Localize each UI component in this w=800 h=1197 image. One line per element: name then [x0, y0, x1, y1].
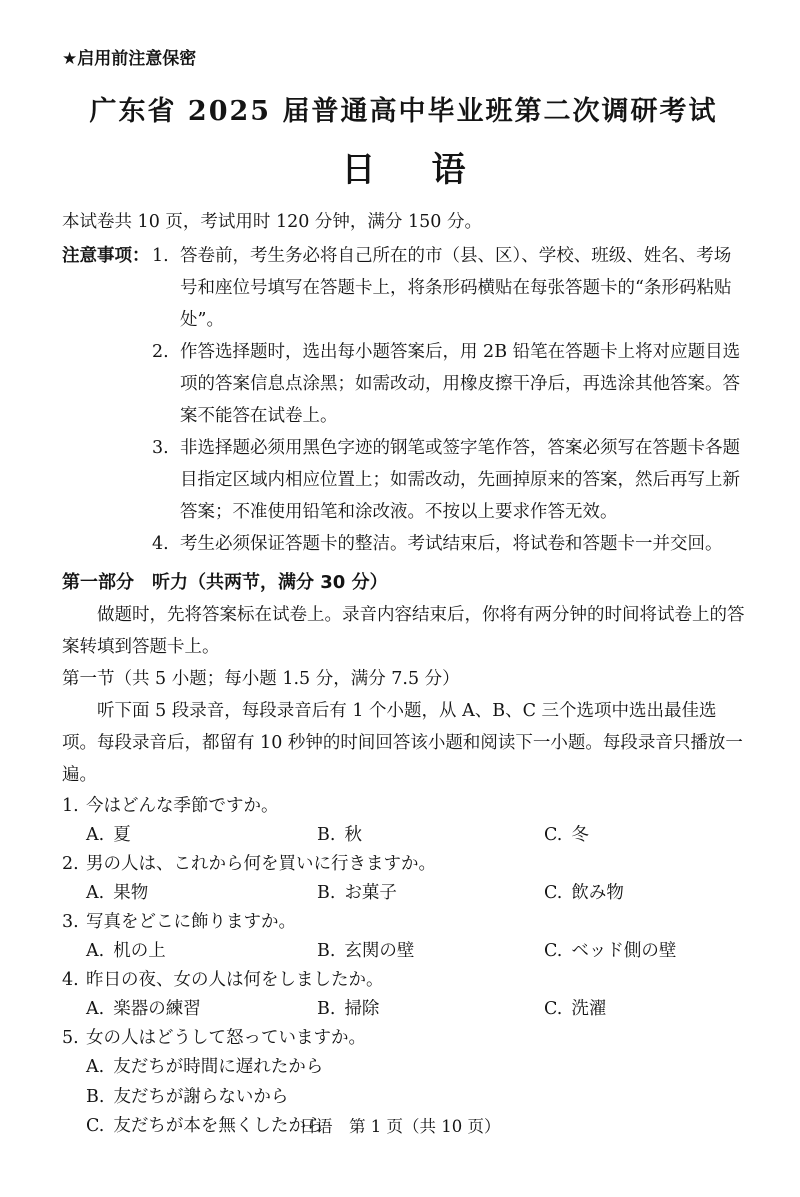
question-text: 今はどんな季節ですか。	[86, 792, 745, 821]
question-3: 3. 写真をどこに飾りますか。 A.机の上 B.玄関の壁 C.ベッド側の壁	[62, 908, 745, 966]
option-b-text: お菓子	[344, 883, 397, 903]
notice-item-number: 3.	[152, 432, 180, 528]
option-c: C.冬	[544, 821, 745, 850]
option-b: B.秋	[317, 821, 544, 850]
option-b: B.お菓子	[317, 879, 544, 908]
question-line: 5. 女の人はどうして怒っていますか。	[62, 1024, 745, 1053]
option-b-text: 秋	[344, 825, 362, 845]
notice-section: 注意事项： 1. 答卷前，考生务必将自己所在的市（县、区）、学校、班级、姓名、考…	[62, 240, 745, 560]
question-number: 3.	[62, 908, 86, 937]
option-row: A.机の上 B.玄関の壁 C.ベッド側の壁	[62, 937, 745, 966]
option-a-label: A.	[86, 883, 104, 903]
question-2: 2. 男の人は、これから何を買いに行きますか。 A.果物 B.お菓子 C.飲み物	[62, 850, 745, 908]
option-a-text: 楽器の練習	[113, 999, 201, 1019]
option-b: B.玄関の壁	[317, 937, 544, 966]
option-c: C.洗濯	[544, 995, 745, 1024]
secrecy-notice: ★启用前注意保密	[62, 48, 745, 70]
option-b-label: B.	[317, 999, 335, 1019]
question-number: 2.	[62, 850, 86, 879]
question-line: 1. 今はどんな季節ですか。	[62, 792, 745, 821]
option-b: B.友だちが謝らないから	[86, 1083, 745, 1113]
notice-item-number: 1.	[152, 240, 180, 336]
option-a-text: 机の上	[113, 941, 166, 961]
option-c-label: C.	[544, 941, 562, 961]
question-1: 1. 今はどんな季節ですか。 A.夏 B.秋 C.冬	[62, 792, 745, 850]
option-b-label: B.	[317, 825, 335, 845]
part1-intro: 做题时，先将答案标在试卷上。录音内容结束后，你将有两分钟的时间将试卷上的答案转填…	[62, 599, 745, 663]
option-b-label: B.	[86, 1087, 104, 1107]
question-number: 5.	[62, 1024, 86, 1053]
notice-item-text: 考生必须保证答题卡的整洁。考试结束后，将试卷和答题卡一并交回。	[180, 528, 745, 560]
option-a: A.果物	[86, 879, 317, 908]
notice-item-text: 非选择题必须用黑色字迹的钢笔或签字笔作答，答案必须写在答题卡各题目指定区域内相应…	[180, 432, 745, 528]
question-text: 女の人はどうして怒っていますか。	[86, 1024, 745, 1053]
option-c-label: C.	[544, 999, 562, 1019]
question-line: 4. 昨日の夜、女の人は何をしましたか。	[62, 966, 745, 995]
notice-item-text: 答卷前，考生务必将自己所在的市（县、区）、学校、班级、姓名、考场号和座位号填写在…	[180, 240, 745, 336]
option-a-label: A.	[86, 825, 104, 845]
question-number: 1.	[62, 792, 86, 821]
exam-paper-page: ★启用前注意保密 广东省 2025 届普通高中毕业班第二次调研考试 日语 本试卷…	[0, 0, 800, 1197]
option-c-text: ベッド側の壁	[571, 941, 676, 961]
notice-item-number: 2.	[152, 336, 180, 432]
notice-list: 1. 答卷前，考生务必将自己所在的市（县、区）、学校、班级、姓名、考场号和座位号…	[152, 240, 745, 560]
section1-intro: 听下面 5 段录音，每段录音后有 1 个小题，从 A、B、C 三个选项中选出最佳…	[62, 695, 745, 791]
part1-heading: 第一部分 听力（共两节，满分 30 分）	[62, 566, 745, 599]
notice-item: 4. 考生必须保证答题卡的整洁。考试结束后，将试卷和答题卡一并交回。	[152, 528, 745, 560]
option-a-label: A.	[86, 999, 104, 1019]
subject-title: 日语	[62, 148, 745, 192]
option-c-text: 冬	[571, 825, 589, 845]
question-text: 写真をどこに飾りますか。	[86, 908, 745, 937]
option-a-label: A.	[86, 1057, 104, 1077]
option-a: A.友だちが時間に遅れたから	[86, 1053, 745, 1083]
exam-info-line: 本试卷共 10 页，考试用时 120 分钟，满分 150 分。	[62, 206, 745, 238]
question-number: 4.	[62, 966, 86, 995]
notice-item: 1. 答卷前，考生务必将自己所在的市（县、区）、学校、班级、姓名、考场号和座位号…	[152, 240, 745, 336]
notice-label: 注意事项：	[62, 240, 152, 560]
option-b: B.掃除	[317, 995, 544, 1024]
page-footer: 日语 第 1 页（共 10 页）	[0, 1113, 800, 1137]
option-c: C.ベッド側の壁	[544, 937, 745, 966]
notice-item-text: 作答选择题时，选出每小题答案后，用 2B 铅笔在答题卡上将对应题目选项的答案信息…	[180, 336, 745, 432]
option-c: C.飲み物	[544, 879, 745, 908]
option-row: A.夏 B.秋 C.冬	[62, 821, 745, 850]
notice-item: 3. 非选择题必须用黑色字迹的钢笔或签字笔作答，答案必须写在答题卡各题目指定区域…	[152, 432, 745, 528]
question-list: 1. 今はどんな季節ですか。 A.夏 B.秋 C.冬 2. 男の人は、これから何…	[62, 792, 745, 1142]
question-4: 4. 昨日の夜、女の人は何をしましたか。 A.楽器の練習 B.掃除 C.洗濯	[62, 966, 745, 1024]
option-c-label: C.	[544, 825, 562, 845]
option-b-text: 掃除	[344, 999, 379, 1019]
option-row: A.果物 B.お菓子 C.飲み物	[62, 879, 745, 908]
option-b-text: 友だちが謝らないから	[113, 1087, 288, 1107]
option-a: A.机の上	[86, 937, 317, 966]
exam-title: 广东省 2025 届普通高中毕业班第二次调研考试	[62, 94, 745, 130]
option-a-label: A.	[86, 941, 104, 961]
option-a-text: 夏	[113, 825, 131, 845]
question-line: 2. 男の人は、これから何を買いに行きますか。	[62, 850, 745, 879]
option-c-text: 飲み物	[571, 883, 624, 903]
subject-char-2: 语	[432, 150, 466, 190]
notice-item-number: 4.	[152, 528, 180, 560]
option-a-text: 友だちが時間に遅れたから	[113, 1057, 323, 1077]
option-b-text: 玄関の壁	[344, 941, 414, 961]
option-b-label: B.	[317, 941, 335, 961]
option-a: A.楽器の練習	[86, 995, 317, 1024]
option-c-text: 洗濯	[571, 999, 606, 1019]
notice-item: 2. 作答选择题时，选出每小题答案后，用 2B 铅笔在答题卡上将对应题目选项的答…	[152, 336, 745, 432]
option-a-text: 果物	[113, 883, 148, 903]
option-row: A.楽器の練習 B.掃除 C.洗濯	[62, 995, 745, 1024]
option-c-label: C.	[544, 883, 562, 903]
question-text: 男の人は、これから何を買いに行きますか。	[86, 850, 745, 879]
subject-char-1: 日	[342, 150, 376, 190]
option-b-label: B.	[317, 883, 335, 903]
section1-heading: 第一节（共 5 小题；每小题 1.5 分，满分 7.5 分）	[62, 663, 745, 695]
option-a: A.夏	[86, 821, 317, 850]
question-text: 昨日の夜、女の人は何をしましたか。	[86, 966, 745, 995]
question-line: 3. 写真をどこに飾りますか。	[62, 908, 745, 937]
